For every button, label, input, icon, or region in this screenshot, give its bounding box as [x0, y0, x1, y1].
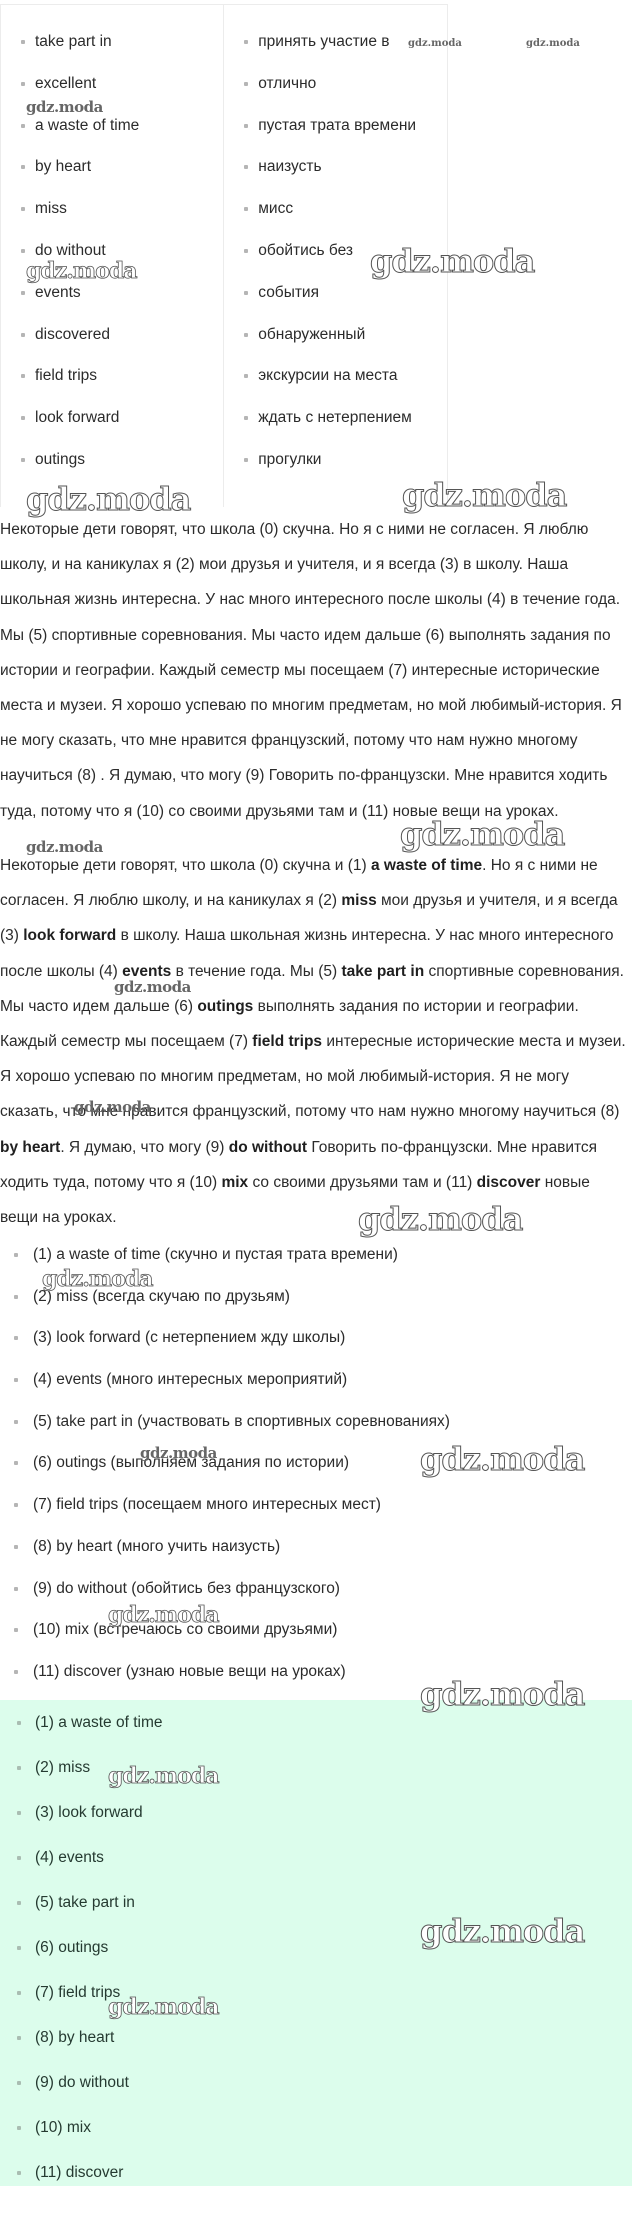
russian-translation: мисс — [244, 200, 447, 242]
bullet-icon — [17, 2171, 21, 2175]
english-word-text: a waste of time — [35, 117, 139, 134]
answer-paragraph: Некоторые дети говорят, что школа (0) ск… — [0, 848, 630, 1235]
bullet-icon — [17, 2036, 21, 2040]
russian-translation-text: экскурсии на места — [258, 367, 397, 384]
explanation-item-text: (7) field trips (посещаем много интересн… — [33, 1496, 381, 1513]
russian-translation-text: мисс — [258, 200, 293, 217]
bullet-icon — [244, 124, 248, 128]
explanation-item-text: (6) outings (выполняем задания по истори… — [33, 1454, 349, 1471]
bullet-icon — [17, 2081, 21, 2085]
bullet-icon — [17, 1766, 21, 1770]
answer-list: (1) a waste of time(2) miss(3) look forw… — [0, 1700, 632, 2209]
bullet-icon — [14, 1587, 18, 1591]
bullet-icon — [21, 82, 25, 86]
english-word: look forward — [21, 409, 223, 451]
bullet-icon — [21, 165, 25, 169]
bullet-icon — [21, 124, 25, 128]
bullet-icon — [21, 333, 25, 337]
explanation-item: (10) mix (встречаюсь со своими друзьями) — [0, 1621, 632, 1663]
answer-word: discover — [477, 1174, 541, 1191]
russian-column: принять участие вотличнопустая трата вре… — [224, 5, 448, 507]
explanation-item-text: (9) do without (обойтись без французског… — [33, 1580, 340, 1597]
bullet-icon — [244, 207, 248, 211]
english-word-text: discovered — [35, 326, 110, 343]
russian-translation: обнаруженный — [244, 326, 447, 368]
answer-item: (5) take part in — [0, 1894, 632, 1939]
explanation-item: (3) look forward (с нетерпением жду школ… — [0, 1329, 632, 1371]
bullet-icon — [21, 458, 25, 462]
explanation-item-text: (1) a waste of time (скучно и пустая тра… — [33, 1246, 398, 1263]
paragraph-text: . Я думаю, что могу (9) — [60, 1139, 228, 1156]
bullet-icon — [14, 1545, 18, 1549]
english-word-text: events — [35, 284, 81, 301]
english-column: take part inexcellenta waste of timeby h… — [1, 5, 224, 507]
paragraph-text: в течение года. Мы (5) — [171, 963, 341, 980]
bullet-icon — [17, 1991, 21, 1995]
answer-word: mix — [221, 1174, 248, 1191]
bullet-icon — [14, 1253, 18, 1257]
answer-item-text: (2) miss — [35, 1759, 90, 1776]
answer-word: events — [122, 963, 171, 980]
russian-translation-text: принять участие в — [258, 33, 389, 50]
bullet-icon — [244, 458, 248, 462]
bullet-icon — [17, 1946, 21, 1950]
english-word-text: field trips — [35, 367, 97, 384]
explanation-item-text: (4) events (много интересных мероприятий… — [33, 1371, 347, 1388]
russian-translation-text: ждать с нетерпением — [258, 409, 412, 426]
answer-box: (1) a waste of time(2) miss(3) look forw… — [0, 1700, 632, 2186]
bullet-icon — [244, 40, 248, 44]
answer-word: outings — [197, 998, 253, 1015]
explanation-item: (1) a waste of time (скучно и пустая тра… — [0, 1246, 632, 1288]
bullet-icon — [14, 1295, 18, 1299]
russian-translation: пустая трата времени — [244, 117, 447, 159]
explanation-item: (8) by heart (много учить наизусть) — [0, 1538, 632, 1580]
bullet-icon — [14, 1336, 18, 1340]
answer-item: (11) discover — [0, 2164, 632, 2209]
english-word-text: do without — [35, 242, 106, 259]
bullet-icon — [244, 333, 248, 337]
bullet-icon — [17, 1721, 21, 1725]
english-word: excellent — [21, 75, 223, 117]
english-word: by heart — [21, 158, 223, 200]
explanation-item: (5) take part in (участвовать в спортивн… — [0, 1413, 632, 1455]
english-word: discovered — [21, 326, 223, 368]
english-word-text: look forward — [35, 409, 119, 426]
bullet-icon — [244, 291, 248, 295]
answer-item-text: (7) field trips — [35, 1984, 120, 2001]
answer-item-text: (4) events — [35, 1849, 104, 1866]
english-word-text: excellent — [35, 75, 96, 92]
russian-translation: события — [244, 284, 447, 326]
english-word: do without — [21, 242, 223, 284]
bullet-icon — [21, 374, 25, 378]
paragraph-text: Некоторые дети говорят, что школа (0) ск… — [0, 857, 371, 874]
russian-translation: наизусть — [244, 158, 447, 200]
explanation-item-text: (5) take part in (участвовать в спортивн… — [33, 1413, 450, 1430]
bullet-icon — [14, 1670, 18, 1674]
bullet-icon — [17, 1856, 21, 1860]
english-word-text: by heart — [35, 158, 91, 175]
task-paragraph: Некоторые дети говорят, что школа (0) ск… — [0, 512, 630, 829]
russian-translation: экскурсии на места — [244, 367, 447, 409]
answer-item: (1) a waste of time — [0, 1714, 632, 1759]
answer-item: (9) do without — [0, 2074, 632, 2119]
russian-translation: принять участие в — [244, 33, 447, 75]
russian-translation: отлично — [244, 75, 447, 117]
russian-translation-text: события — [258, 284, 319, 301]
russian-translation: прогулки — [244, 451, 447, 493]
russian-translation: обойтись без — [244, 242, 447, 284]
answer-word: look forward — [23, 927, 116, 944]
bullet-icon — [244, 416, 248, 420]
answer-item: (10) mix — [0, 2119, 632, 2164]
answer-word: by heart — [0, 1139, 60, 1156]
english-word: events — [21, 284, 223, 326]
answer-item-text: (9) do without — [35, 2074, 129, 2091]
english-word-text: take part in — [35, 33, 112, 50]
bullet-icon — [21, 207, 25, 211]
bullet-icon — [244, 165, 248, 169]
bullet-icon — [21, 40, 25, 44]
bullet-icon — [14, 1628, 18, 1632]
paragraph-text: со своими друзьями там и (11) — [248, 1174, 477, 1191]
answer-item-text: (5) take part in — [35, 1894, 135, 1911]
russian-translation-text: обнаруженный — [258, 326, 365, 343]
answer-item: (7) field trips — [0, 1984, 632, 2029]
english-word-text: miss — [35, 200, 67, 217]
answer-item: (8) by heart — [0, 2029, 632, 2074]
explanation-list: (1) a waste of time (скучно и пустая тра… — [0, 1246, 632, 1705]
bullet-icon — [17, 1811, 21, 1815]
answer-word: do without — [229, 1139, 307, 1156]
vocabulary-table: take part inexcellenta waste of timeby h… — [0, 4, 448, 507]
bullet-icon — [21, 291, 25, 295]
explanation-item: (6) outings (выполняем задания по истори… — [0, 1454, 632, 1496]
answer-item-text: (10) mix — [35, 2119, 91, 2136]
russian-translation: ждать с нетерпением — [244, 409, 447, 451]
english-word-list: take part inexcellenta waste of timeby h… — [1, 33, 223, 493]
english-word: field trips — [21, 367, 223, 409]
bullet-icon — [244, 249, 248, 253]
answer-item: (6) outings — [0, 1939, 632, 1984]
answer-word: miss — [341, 892, 376, 909]
english-word: a waste of time — [21, 117, 223, 159]
explanation-item-text: (10) mix (встречаюсь со своими друзьями) — [33, 1621, 337, 1638]
bullet-icon — [17, 1901, 21, 1905]
english-word: miss — [21, 200, 223, 242]
explanation-item: (7) field trips (посещаем много интересн… — [0, 1496, 632, 1538]
explanation-item-text: (11) discover (узнаю новые вещи на урока… — [33, 1663, 346, 1680]
bullet-icon — [17, 2126, 21, 2130]
russian-translation-text: отлично — [258, 75, 316, 92]
explanation-item-text: (3) look forward (с нетерпением жду школ… — [33, 1329, 345, 1346]
bullet-icon — [21, 416, 25, 420]
answer-word: a waste of time — [371, 857, 482, 874]
bullet-icon — [21, 249, 25, 253]
english-word: outings — [21, 451, 223, 493]
russian-translation-text: прогулки — [258, 451, 321, 468]
bullet-icon — [244, 374, 248, 378]
english-word-text: outings — [35, 451, 85, 468]
explanation-item: (9) do without (обойтись без французског… — [0, 1580, 632, 1622]
russian-translation-list: принять участие вотличнопустая трата вре… — [224, 33, 447, 493]
explanation-item-text: (8) by heart (много учить наизусть) — [33, 1538, 280, 1555]
bullet-icon — [14, 1503, 18, 1507]
answer-item-text: (1) a waste of time — [35, 1714, 163, 1731]
bullet-icon — [14, 1461, 18, 1465]
answer-item-text: (8) by heart — [35, 2029, 114, 2046]
answer-item: (2) miss — [0, 1759, 632, 1804]
answer-word: take part in — [341, 963, 424, 980]
answer-item-text: (11) discover — [35, 2164, 123, 2181]
bullet-icon — [14, 1420, 18, 1424]
explanation-item: (2) miss (всегда скучаю по друзьям) — [0, 1288, 632, 1330]
russian-translation-text: обойтись без — [258, 242, 353, 259]
answer-item-text: (3) look forward — [35, 1804, 143, 1821]
answer-item: (4) events — [0, 1849, 632, 1894]
explanation-item-text: (2) miss (всегда скучаю по друзьям) — [33, 1288, 290, 1305]
bullet-icon — [244, 82, 248, 86]
watermark: gdz.moda — [526, 38, 580, 49]
russian-translation-text: пустая трата времени — [258, 117, 416, 134]
answer-word: field trips — [252, 1033, 322, 1050]
answer-item-text: (6) outings — [35, 1939, 108, 1956]
explanation-item: (11) discover (узнаю новые вещи на урока… — [0, 1663, 632, 1705]
answer-item: (3) look forward — [0, 1804, 632, 1849]
bullet-icon — [14, 1378, 18, 1382]
explanation-item: (4) events (много интересных мероприятий… — [0, 1371, 632, 1413]
russian-translation-text: наизусть — [258, 158, 321, 175]
english-word: take part in — [21, 33, 223, 75]
